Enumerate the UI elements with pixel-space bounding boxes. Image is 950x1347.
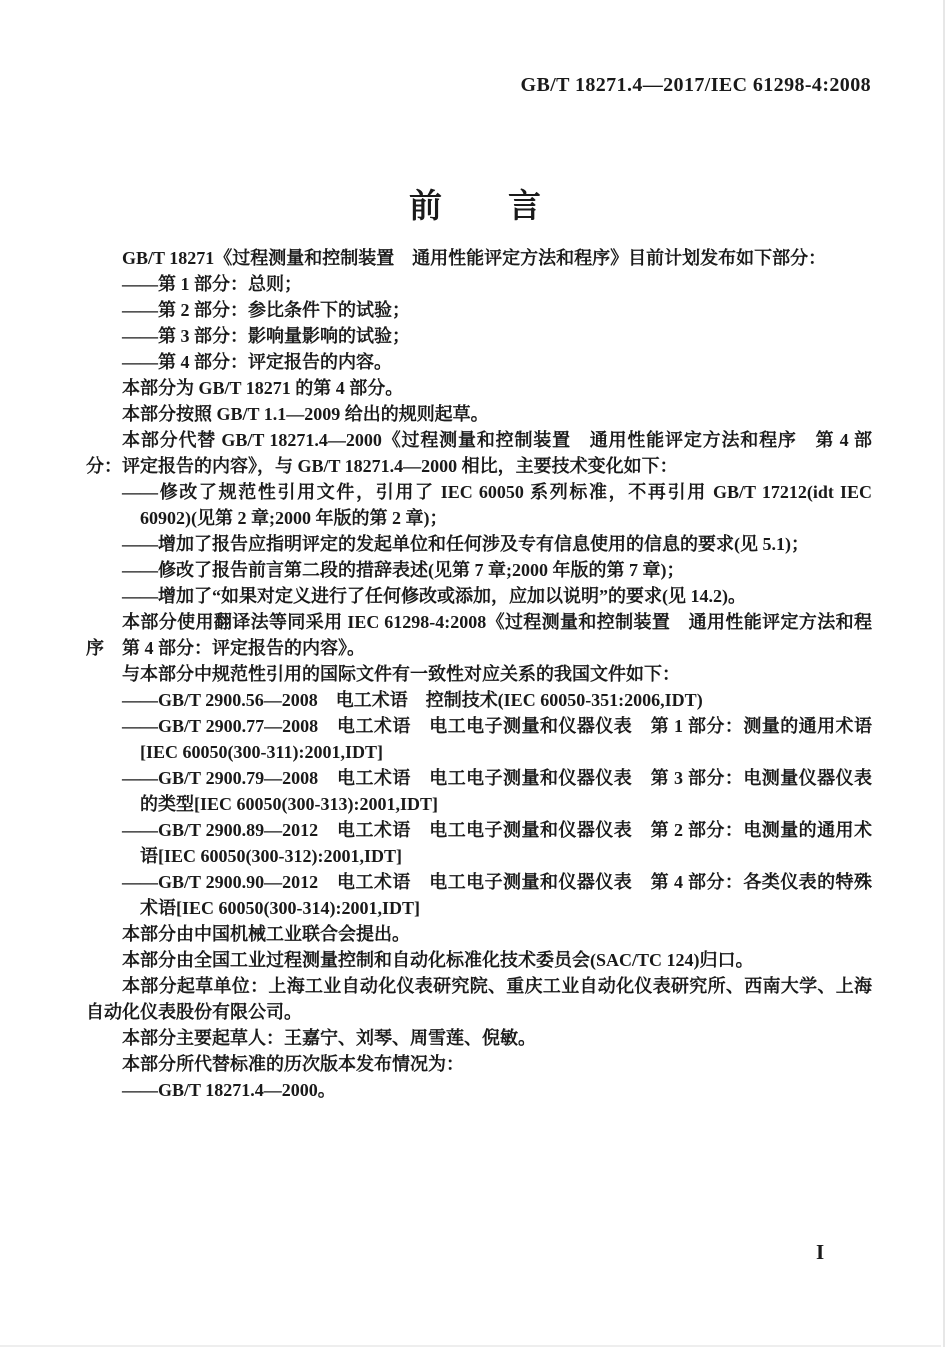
page-title: 前 言 xyxy=(0,180,950,227)
paragraph: GB/T 18271《过程测量和控制装置 通用性能评定方法和程序》目前计划发布如… xyxy=(86,245,872,271)
paragraph: ——GB/T 2900.89—2012 电工术语 电工电子测量和仪器仪表 第 2… xyxy=(86,817,872,869)
paragraph: 本部分主要起草人：王嘉宁、刘琴、周雪莲、倪敏。 xyxy=(86,1025,872,1051)
paragraph: 本部分按照 GB/T 1.1—2009 给出的规则起草。 xyxy=(86,401,872,427)
document-page: { "document": { "standard_code": "GB/T 1… xyxy=(0,0,950,1347)
paragraph: ——GB/T 2900.77—2008 电工术语 电工电子测量和仪器仪表 第 1… xyxy=(86,713,872,765)
paragraph: 与本部分中规范性引用的国际文件有一致性对应关系的我国文件如下： xyxy=(86,661,872,687)
paragraph: ——修改了规范性引用文件，引用了 IEC 60050 系列标准，不再引用 GB/… xyxy=(86,479,872,531)
paragraph: 本部分所代替标准的历次版本发布情况为： xyxy=(86,1051,872,1077)
standard-code-header: GB/T 18271.4—2017/IEC 61298-4:2008 xyxy=(86,74,871,97)
paragraph: 本部分由全国工业过程测量控制和自动化标准化技术委员会(SAC/TC 124)归口… xyxy=(86,947,872,973)
paragraph: ——GB/T 2900.90—2012 电工术语 电工电子测量和仪器仪表 第 4… xyxy=(86,869,872,921)
paragraph: 本部分使用翻译法等同采用 IEC 61298-4:2008《过程测量和控制装置 … xyxy=(86,609,872,661)
paragraph: ——增加了“如果对定义进行了任何修改或添加，应加以说明”的要求(见 14.2)。 xyxy=(86,583,872,609)
paragraph: ——GB/T 18271.4—2000。 xyxy=(86,1077,872,1103)
paragraph: 本部分为 GB/T 18271 的第 4 部分。 xyxy=(86,375,872,401)
paragraph: ——GB/T 2900.79—2008 电工术语 电工电子测量和仪器仪表 第 3… xyxy=(86,765,872,817)
page-number: I xyxy=(816,1240,824,1265)
page-edge-right-line xyxy=(943,0,945,1347)
paragraph: ——第 4 部分：评定报告的内容。 xyxy=(86,349,872,375)
paragraph: ——增加了报告应指明评定的发起单位和任何涉及专有信息使用的信息的要求(见 5.1… xyxy=(86,531,872,557)
paragraph: ——第 2 部分：参比条件下的试验； xyxy=(86,297,872,323)
paragraph: ——第 1 部分：总则； xyxy=(86,271,872,297)
paragraph: 本部分由中国机械工业联合会提出。 xyxy=(86,921,872,947)
foreword-body: GB/T 18271《过程测量和控制装置 通用性能评定方法和程序》目前计划发布如… xyxy=(86,245,872,1103)
paragraph: 本部分起草单位：上海工业自动化仪表研究院、重庆工业自动化仪表研究所、西南大学、上… xyxy=(86,973,872,1025)
paragraph: ——第 3 部分：影响量影响的试验； xyxy=(86,323,872,349)
paragraph: 本部分代替 GB/T 18271.4—2000《过程测量和控制装置 通用性能评定… xyxy=(86,427,872,479)
paragraph: ——修改了报告前言第二段的措辞表述(见第 7 章;2000 年版的第 7 章)； xyxy=(86,557,872,583)
paragraph: ——GB/T 2900.56—2008 电工术语 控制技术(IEC 60050-… xyxy=(86,687,872,713)
